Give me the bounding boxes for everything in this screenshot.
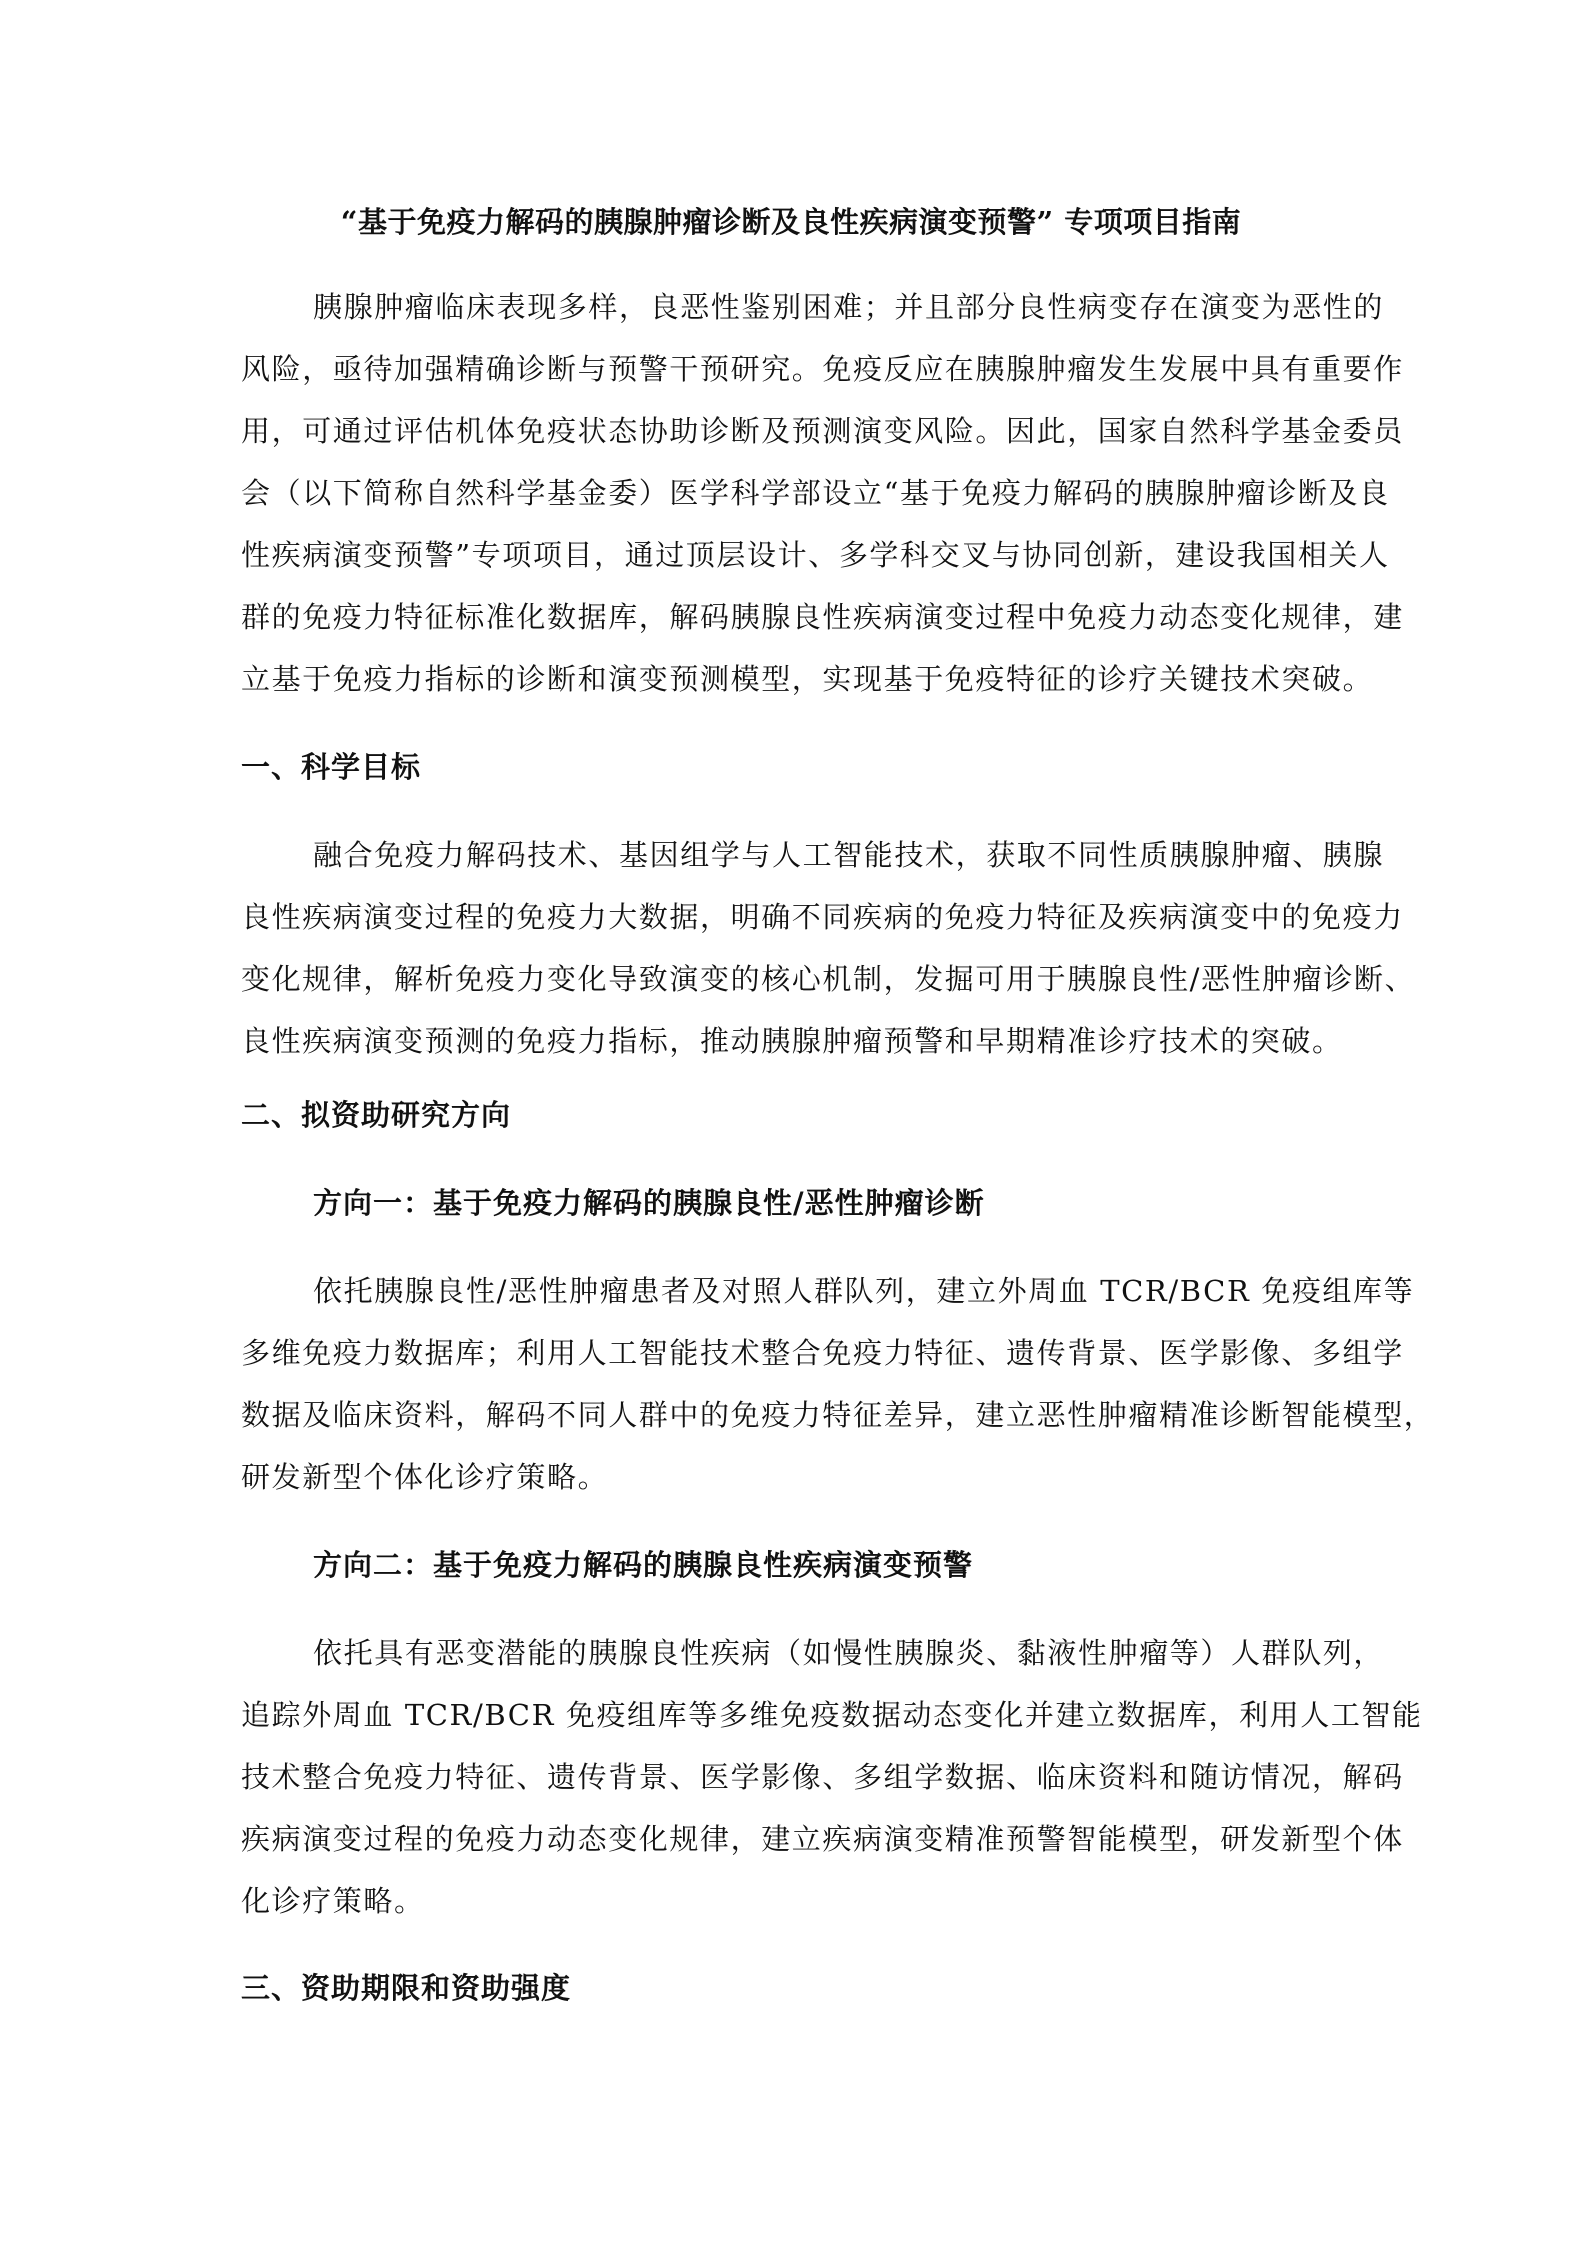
paragraph-line: 立基于免疫力指标的诊断和演变预测模型，实现基于免疫特征的诊疗关键技术突破。 (241, 648, 1343, 710)
intro-paragraph: 胰腺肿瘤临床表现多样，良恶性鉴别困难；并且部分良性病变存在演变为恶性的 风险，亟… (241, 276, 1343, 710)
direction-one-heading: 方向一：基于免疫力解码的胰腺良性/恶性肿瘤诊断 (241, 1181, 1415, 1225)
paragraph-line: 疾病演变过程的免疫力动态变化规律，建立疾病演变精准预警智能模型，研发新型个体 (241, 1808, 1343, 1870)
paragraph-line: 群的免疫力特征标准化数据库，解码胰腺良性疾病演变过程中免疫力动态变化规律，建 (241, 586, 1343, 648)
direction-one-paragraph: 依托胰腺良性/恶性肿瘤患者及对照人群队列，建立外周血 TCR/BCR 免疫组库等… (241, 1260, 1343, 1508)
paragraph-line: 依托胰腺良性/恶性肿瘤患者及对照人群队列，建立外周血 TCR/BCR 免疫组库等 (241, 1260, 1343, 1322)
paragraph-line: 数据及临床资料，解码不同人群中的免疫力特征差异，建立恶性肿瘤精准诊断智能模型， (241, 1384, 1343, 1446)
paragraph-line: 融合免疫力解码技术、基因组学与人工智能技术，获取不同性质胰腺肿瘤、胰腺 (241, 824, 1343, 886)
document-title: “基于免疫力解码的胰腺肿瘤诊断及良性疾病演变预警” 专项项目指南 (240, 200, 1342, 244)
paragraph-line: 风险，亟待加强精确诊断与预警干预研究。免疫反应在胰腺肿瘤发生发展中具有重要作 (241, 338, 1343, 400)
direction-two-paragraph: 依托具有恶变潜能的胰腺良性疾病（如慢性胰腺炎、黏液性肿瘤等）人群队列， 追踪外周… (241, 1622, 1343, 1932)
direction-two-heading: 方向二：基于免疫力解码的胰腺良性疾病演变预警 (241, 1543, 1415, 1587)
paragraph-line: 技术整合免疫力特征、遗传背景、医学影像、多组学数据、临床资料和随访情况，解码 (241, 1746, 1343, 1808)
science-goals-paragraph: 融合免疫力解码技术、基因组学与人工智能技术，获取不同性质胰腺肿瘤、胰腺 良性疾病… (241, 824, 1343, 1072)
paragraph-line: 良性疾病演变预测的免疫力指标，推动胰腺肿瘤预警和早期精准诊疗技术的突破。 (241, 1010, 1343, 1072)
document-page: “基于免疫力解码的胰腺肿瘤诊断及良性疾病演变预警” 专项项目指南 胰腺肿瘤临床表… (0, 0, 1587, 2245)
paragraph-line: 多维免疫力数据库；利用人工智能技术整合免疫力特征、遗传背景、医学影像、多组学 (241, 1322, 1343, 1384)
paragraph-line: 用，可通过评估机体免疫状态协助诊断及预测演变风险。因此，国家自然科学基金委员 (241, 400, 1343, 462)
paragraph-line: 会（以下简称自然科学基金委）医学科学部设立“基于免疫力解码的胰腺肿瘤诊断及良 (241, 462, 1343, 524)
paragraph-line: 良性疾病演变过程的免疫力大数据，明确不同疾病的免疫力特征及疾病演变中的免疫力 (241, 886, 1343, 948)
section-heading-funding: 三、资助期限和资助强度 (241, 1966, 1343, 2010)
paragraph-line: 研发新型个体化诊疗策略。 (241, 1446, 1343, 1508)
paragraph-line: 变化规律，解析免疫力变化导致演变的核心机制，发掘可用于胰腺良性/恶性肿瘤诊断、 (241, 948, 1343, 1010)
section-heading-research-directions: 二、拟资助研究方向 (241, 1093, 1343, 1137)
paragraph-line: 胰腺肿瘤临床表现多样，良恶性鉴别困难；并且部分良性病变存在演变为恶性的 (241, 276, 1343, 338)
paragraph-line: 追踪外周血 TCR/BCR 免疫组库等多维免疫数据动态变化并建立数据库，利用人工… (241, 1684, 1343, 1746)
section-heading-science-goals: 一、科学目标 (241, 745, 1343, 789)
paragraph-line: 化诊疗策略。 (241, 1870, 1343, 1932)
paragraph-line: 性疾病演变预警”专项项目，通过顶层设计、多学科交叉与协同创新，建设我国相关人 (241, 524, 1343, 586)
paragraph-line: 依托具有恶变潜能的胰腺良性疾病（如慢性胰腺炎、黏液性肿瘤等）人群队列， (241, 1622, 1343, 1684)
